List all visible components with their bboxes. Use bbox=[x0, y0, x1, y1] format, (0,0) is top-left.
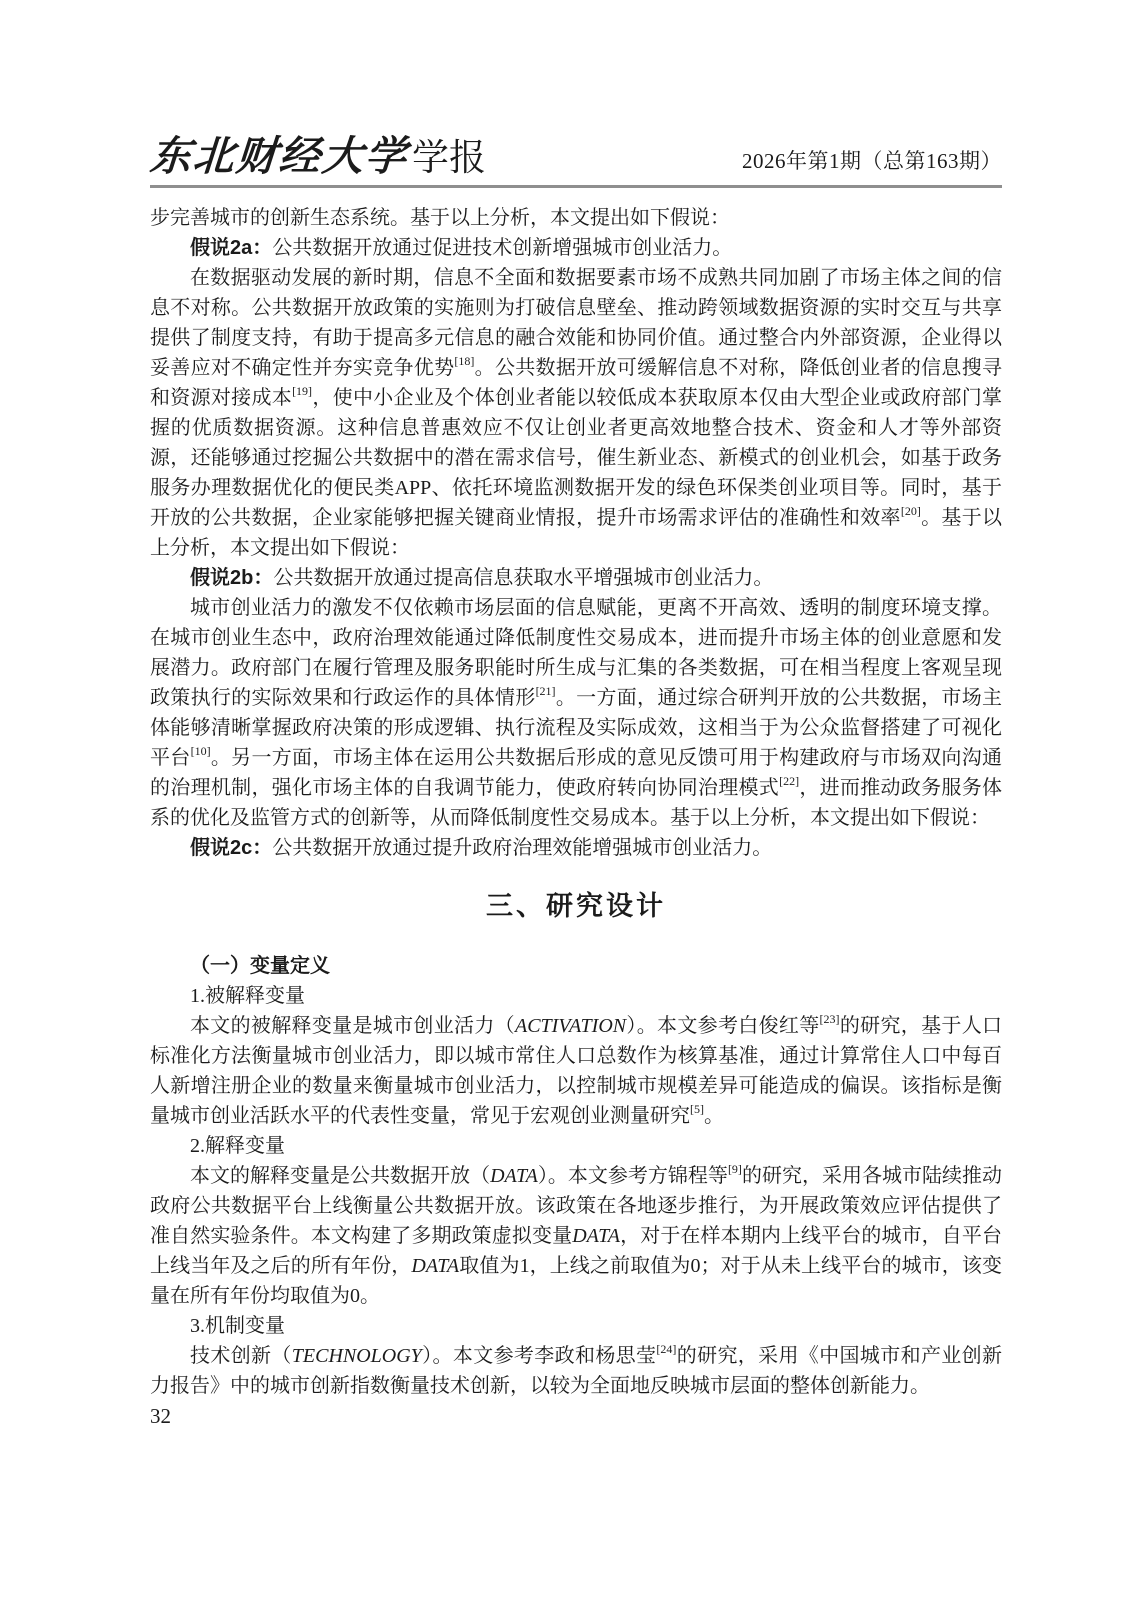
paragraph-dependent-variable: 本文的被解释变量是城市创业活力（ACTIVATION）。本文参考白俊红等[23]… bbox=[150, 1011, 1002, 1131]
continuation-paragraph: 步完善城市的创新生态系统。基于以上分析，本文提出如下假说： bbox=[150, 203, 1002, 233]
section-heading-research-design: 三、研究设计 bbox=[150, 889, 1002, 923]
paragraph-explanatory-variable: 本文的解释变量是公共数据开放（DATA）。本文参考方锦程等[9]的研究，采用各城… bbox=[150, 1161, 1002, 1311]
issue-info: 2026年第1期（总第163期） bbox=[742, 151, 1002, 177]
page-footer: 32 bbox=[150, 1404, 171, 1429]
subsection-heading-variable-definition: （一）变量定义 bbox=[150, 951, 1002, 981]
journal-logo: 东北财经大学学报 bbox=[150, 136, 486, 177]
page-number: 32 bbox=[150, 1404, 171, 1428]
paragraph-mechanism-variable: 技术创新（TECHNOLOGY）。本文参考李政和杨思莹[24]的研究，采用《中国… bbox=[150, 1341, 1002, 1401]
paragraph-information-mechanism: 在数据驱动发展的新时期，信息不全面和数据要素市场不成熟共同加剧了市场主体之间的信… bbox=[150, 263, 1002, 563]
header-divider bbox=[150, 185, 1002, 188]
journal-logo-script: 东北财经大学 bbox=[149, 136, 410, 177]
article-body: 步完善城市的创新生态系统。基于以上分析，本文提出如下假说：假说2a：公共数据开放… bbox=[150, 203, 1002, 1401]
item-heading-explanatory-variable: 2.解释变量 bbox=[150, 1131, 1002, 1161]
hypothesis-2c: 假说2c：公共数据开放通过提升政府治理效能增强城市创业活力。 bbox=[150, 833, 1002, 863]
hypothesis-2b: 假说2b：公共数据开放通过提高信息获取水平增强城市创业活力。 bbox=[150, 563, 1002, 593]
journal-page: 东北财经大学学报 2026年第1期（总第163期） 步完善城市的创新生态系统。基… bbox=[0, 0, 1140, 1600]
hypothesis-2a: 假说2a：公共数据开放通过促进技术创新增强城市创业活力。 bbox=[150, 233, 1002, 263]
paragraph-governance-mechanism: 城市创业活力的激发不仅依赖市场层面的信息赋能，更离不开高效、透明的制度环境支撑。… bbox=[150, 593, 1002, 833]
journal-header: 东北财经大学学报 2026年第1期（总第163期） bbox=[150, 0, 1002, 177]
item-heading-mechanism-variable: 3.机制变量 bbox=[150, 1311, 1002, 1341]
item-heading-dependent-variable: 1.被解释变量 bbox=[150, 981, 1002, 1011]
journal-logo-suffix: 学报 bbox=[412, 138, 486, 179]
